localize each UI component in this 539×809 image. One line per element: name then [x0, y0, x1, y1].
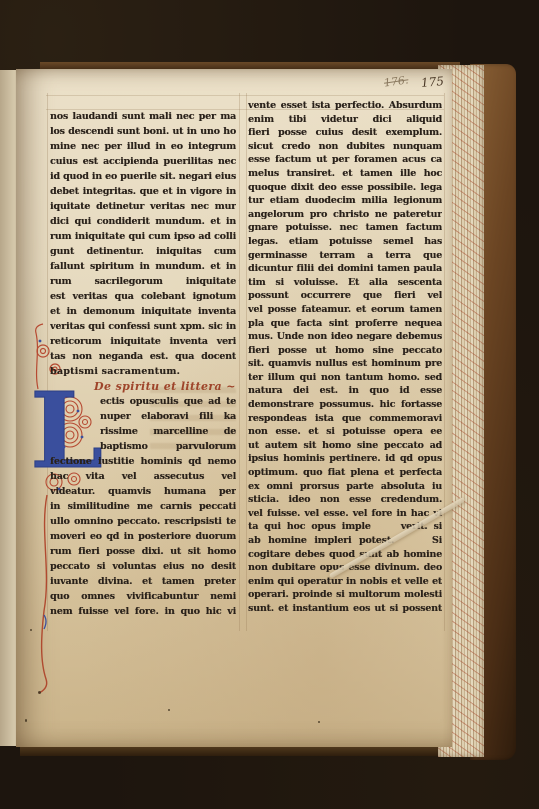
manuscript-text-line: tur etiam duodecim milia legionum — [248, 194, 442, 208]
manuscript-text-line: nuper elaboravi fili ka — [100, 409, 236, 424]
manuscript-text-line: cogitare debes quod sunt ab homine id — [248, 548, 442, 562]
manuscript-text-line: nem fuisse vel fore. in quo hic vi — [50, 604, 236, 619]
manuscript-text-line: iquitate detinetur veritas nec mur — [50, 199, 236, 214]
manuscript-text-line: ter illum qui non tantum homo. sed et — [248, 371, 442, 385]
manuscript-text-line: videatur. quamvis humana per peccatum — [50, 484, 236, 499]
manuscript-text-line: mus. Unde non ideo negare debemus — [248, 330, 442, 344]
manuscript-text-line: cuius est accipienda puerilitas nec per — [50, 154, 236, 169]
penwork-flourish-bottom — [39, 495, 47, 693]
initial-space — [50, 394, 100, 454]
left-column-block1: nos laudandi sunt mali nec per malos des… — [50, 109, 236, 379]
manuscript-text-line: respondeas ista que commemoravi facta — [248, 412, 442, 426]
manuscript-text-line: rum sacrilegorum iniquitate inventa — [50, 274, 236, 289]
parchment-page: 176. 175 — [16, 69, 452, 747]
manuscript-text-line: germinasse terram a terra que — [248, 249, 442, 263]
manuscript-text-line: esse factum ut per foramen acus ca — [248, 153, 442, 167]
parchment-speck — [318, 721, 320, 723]
manuscript-text-line: ab homine impleri potest. Si — [248, 534, 442, 548]
manuscript-text-line: enim qui operatur in nobis et velle et — [248, 575, 442, 589]
manuscript-text-line: sticia. ideo non esse credendum. neminem — [248, 493, 442, 507]
manuscript-text-line: rissime marcelline de — [100, 424, 236, 439]
parchment-speck — [25, 719, 27, 722]
folio-number-current: 175 — [420, 74, 444, 90]
manuscript-text-line: quoque dixit deo esse possibile. lega — [248, 181, 442, 195]
manuscript-text-line: baptismi sacramentum. — [50, 364, 236, 379]
manuscript-text-line: los descendi sunt boni. ut in uno ho — [50, 124, 236, 139]
manuscript-text-line: fallunt spiritum in mundum. et in templo — [50, 259, 236, 274]
manuscript-text-line: sunt. et instantium eos ut si possent — [248, 602, 442, 616]
manuscript-text-line: demonstrare possumus. hic fortasse — [248, 398, 442, 412]
manuscript-text-line: vel fuisse. vel esse. vel fore in hac vi — [248, 507, 442, 521]
manuscript-text-line: rum fieri posse dixi. ut sit homo sine — [50, 544, 236, 559]
photo-background: 176. 175 — [0, 0, 539, 809]
rubric-heading: De spiritu et littera ~ — [94, 379, 236, 394]
manuscript-right-column: vente esset ista perfectio. Absurdumenim… — [248, 99, 442, 616]
manuscript-text-line: id quod in eo puerile sit. negari eius — [50, 169, 236, 184]
manuscript-text-line: sicut credo non dubites nunquam — [248, 140, 442, 154]
book-bottom-edge — [20, 746, 455, 756]
manuscript-text-line: gunt detinentur. iniquitas cum nolle — [50, 244, 236, 259]
ruling-line — [239, 93, 240, 631]
manuscript-text-line: ullo omnino peccato. rescripsisti te — [50, 514, 236, 529]
manuscript-text-line: quo omnes vivificabuntur nemi — [50, 589, 236, 604]
folio-numbers: 176. 175 — [384, 75, 443, 89]
manuscript-text-line: peccato si voluntas eius no desit ope ad — [50, 559, 236, 574]
manuscript-text-line: reticorum iniquitate inventa veri — [50, 334, 236, 349]
manuscript-text-line: ipsius hominis pertinere. id qd opus ee — [248, 452, 442, 466]
manuscript-text-line: legas. etiam potuisse semel has — [248, 235, 442, 249]
manuscript-text-line: non esse. et si potuisse opera ee divina — [248, 425, 442, 439]
ruling-line — [444, 93, 445, 631]
manuscript-text-line: possunt occurrere que fieri vel potuisse — [248, 289, 442, 303]
folio-number-old: 176. — [383, 73, 409, 90]
manuscript-text-line: mine nec per illud in eo integrum est. — [50, 139, 236, 154]
manuscript-text-line: veritas qui confessi sunt xpm. sic in he — [50, 319, 236, 334]
manuscript-text-line: iuvante divina. et tamen preter unum in — [50, 574, 236, 589]
manuscript-text-line: fieri posse ut homo sine peccato — [248, 344, 442, 358]
manuscript-text-line: nos laudandi sunt mali nec per ma — [50, 109, 236, 124]
manuscript-text-line: ex omni prorsus parte absoluta iu — [248, 480, 442, 494]
manuscript-text-line: dicuntur filii dei domini tamen paula — [248, 262, 442, 276]
manuscript-text-line: fieri posse cuius desit exemplum. cum — [248, 126, 442, 140]
manuscript-text-line: melus transiret. et tamen ille hoc — [248, 167, 442, 181]
manuscript-text-line: sit. quamvis nullus est hominum pre — [248, 357, 442, 371]
manuscript-text-line: vel posse fateamur. et eorum tamen exem — [248, 303, 442, 317]
parchment-speck — [168, 709, 170, 711]
manuscript-text-line: hac vita vel assecutus vel assecuturus — [50, 469, 236, 484]
manuscript-text-line: tim si voluisse. Et alia sescenta — [248, 276, 442, 290]
manuscript-text-line: pla que facta sint proferre nequea — [248, 317, 442, 331]
manuscript-text-line: tas non neganda est. qua docent — [50, 349, 236, 364]
book: 176. 175 — [0, 62, 516, 760]
manuscript-text-line: operari. proinde si multorum molesti — [248, 588, 442, 602]
manuscript-text-line: rum iniquitate qui cum ipso ad colli — [50, 229, 236, 244]
manuscript-text-line: enim tibi videtur dici aliquid — [248, 113, 442, 127]
ruling-line — [46, 95, 444, 96]
manuscript-text-line: baptismo parvulorum deque — [100, 439, 236, 454]
manuscript-text-line: optimum. quo fiat plena et perfecta et — [248, 466, 442, 480]
manuscript-text-line: moveri eo qd in posteriore duorum libro — [50, 529, 236, 544]
manuscript-text-line: fectione iustitie hominis qd nemo eam in — [50, 454, 236, 469]
manuscript-text-line: ut autem sit homo sine peccato ad opus — [248, 439, 442, 453]
manuscript-text-line: angelorum pro christo ne pateretur pu — [248, 208, 442, 222]
manuscript-text-line: dici qui condiderit mundum. et in eo — [50, 214, 236, 229]
manuscript-text-line: et in demonum iniquitate inventa est — [50, 304, 236, 319]
parchment-speck — [30, 629, 32, 631]
manuscript-text-line: ectis opusculis que ad te — [100, 394, 236, 409]
manuscript-text-line: natura dei est. in quo id esse perfecto — [248, 384, 442, 398]
manuscript-text-line: est veritas qua colebant ignotum dei. — [50, 289, 236, 304]
manuscript-text-line: vente esset ista perfectio. Absurdum — [248, 99, 442, 113]
ruling-line — [246, 93, 247, 631]
left-column-block2: fectione iustitie hominis qd nemo eam in… — [50, 454, 236, 619]
manuscript-left-column: nos laudandi sunt mali nec per malos des… — [50, 109, 236, 619]
manuscript-text-line: gnare potuisse. nec tamen factum — [248, 221, 442, 235]
flourish-blue-accent — [44, 615, 46, 629]
manuscript-text-line: debet integritas. que et in vigore in — [50, 184, 236, 199]
manuscript-text-line: in similitudine me carnis peccati sine — [50, 499, 236, 514]
parchment-speck — [38, 691, 41, 694]
